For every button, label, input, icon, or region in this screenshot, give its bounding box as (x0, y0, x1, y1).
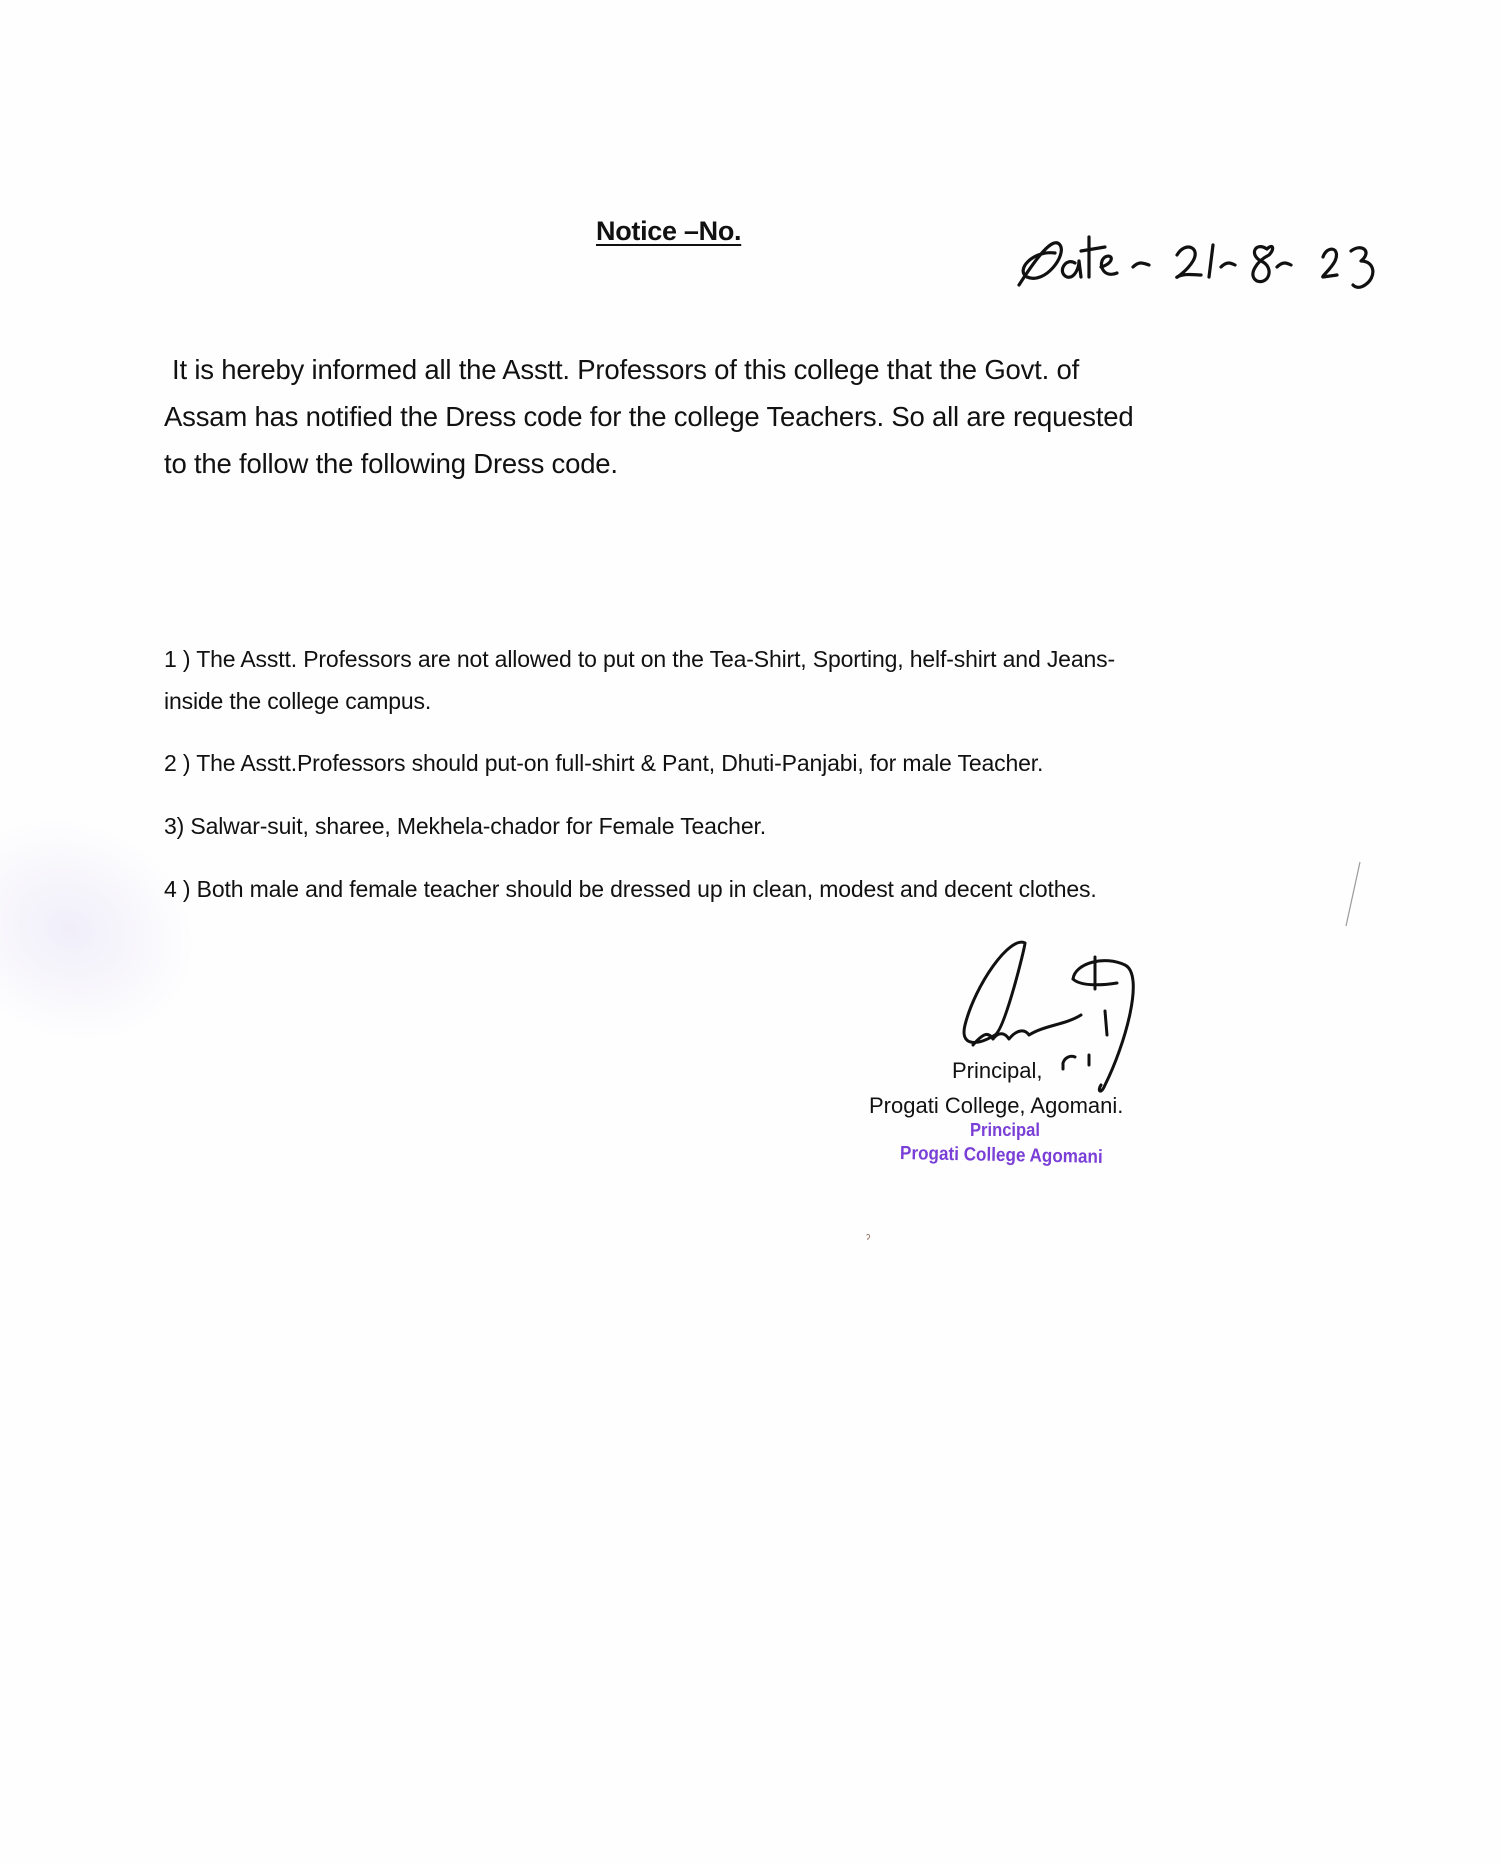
handwritten-date-icon (1005, 215, 1405, 300)
dress-code-item-1: 1 ) The Asstt. Professors are not allowe… (164, 646, 1115, 673)
notice-title: Notice –No. (596, 216, 741, 247)
scanned-notice-page: Notice –No. It is hereby informed all th (0, 0, 1500, 1865)
official-stamp-line-1: Principal (970, 1120, 1040, 1141)
scan-margin-mark (1342, 860, 1362, 930)
scan-speck: ˀ (866, 1232, 870, 1246)
intro-line-3: to the follow the following Dress code. (164, 448, 618, 480)
official-stamp-line-2: Progati College Agomani (900, 1143, 1103, 1169)
intro-line-1: It is hereby informed all the Asstt. Pro… (172, 354, 1079, 386)
dress-code-item-3: 3) Salwar-suit, sharee, Mekhela-chador f… (164, 813, 766, 840)
signatory-role: Principal, (952, 1058, 1042, 1084)
dress-code-item-2: 2 ) The Asstt.Professors should put-on f… (164, 750, 1043, 777)
signatory-institution: Progati College, Agomani. (869, 1093, 1123, 1119)
intro-line-2: Assam has notified the Dress code for th… (164, 401, 1133, 433)
dress-code-item-4: 4 ) Both male and female teacher should … (164, 876, 1097, 903)
dress-code-item-1-continued: inside the college campus. (164, 688, 431, 715)
